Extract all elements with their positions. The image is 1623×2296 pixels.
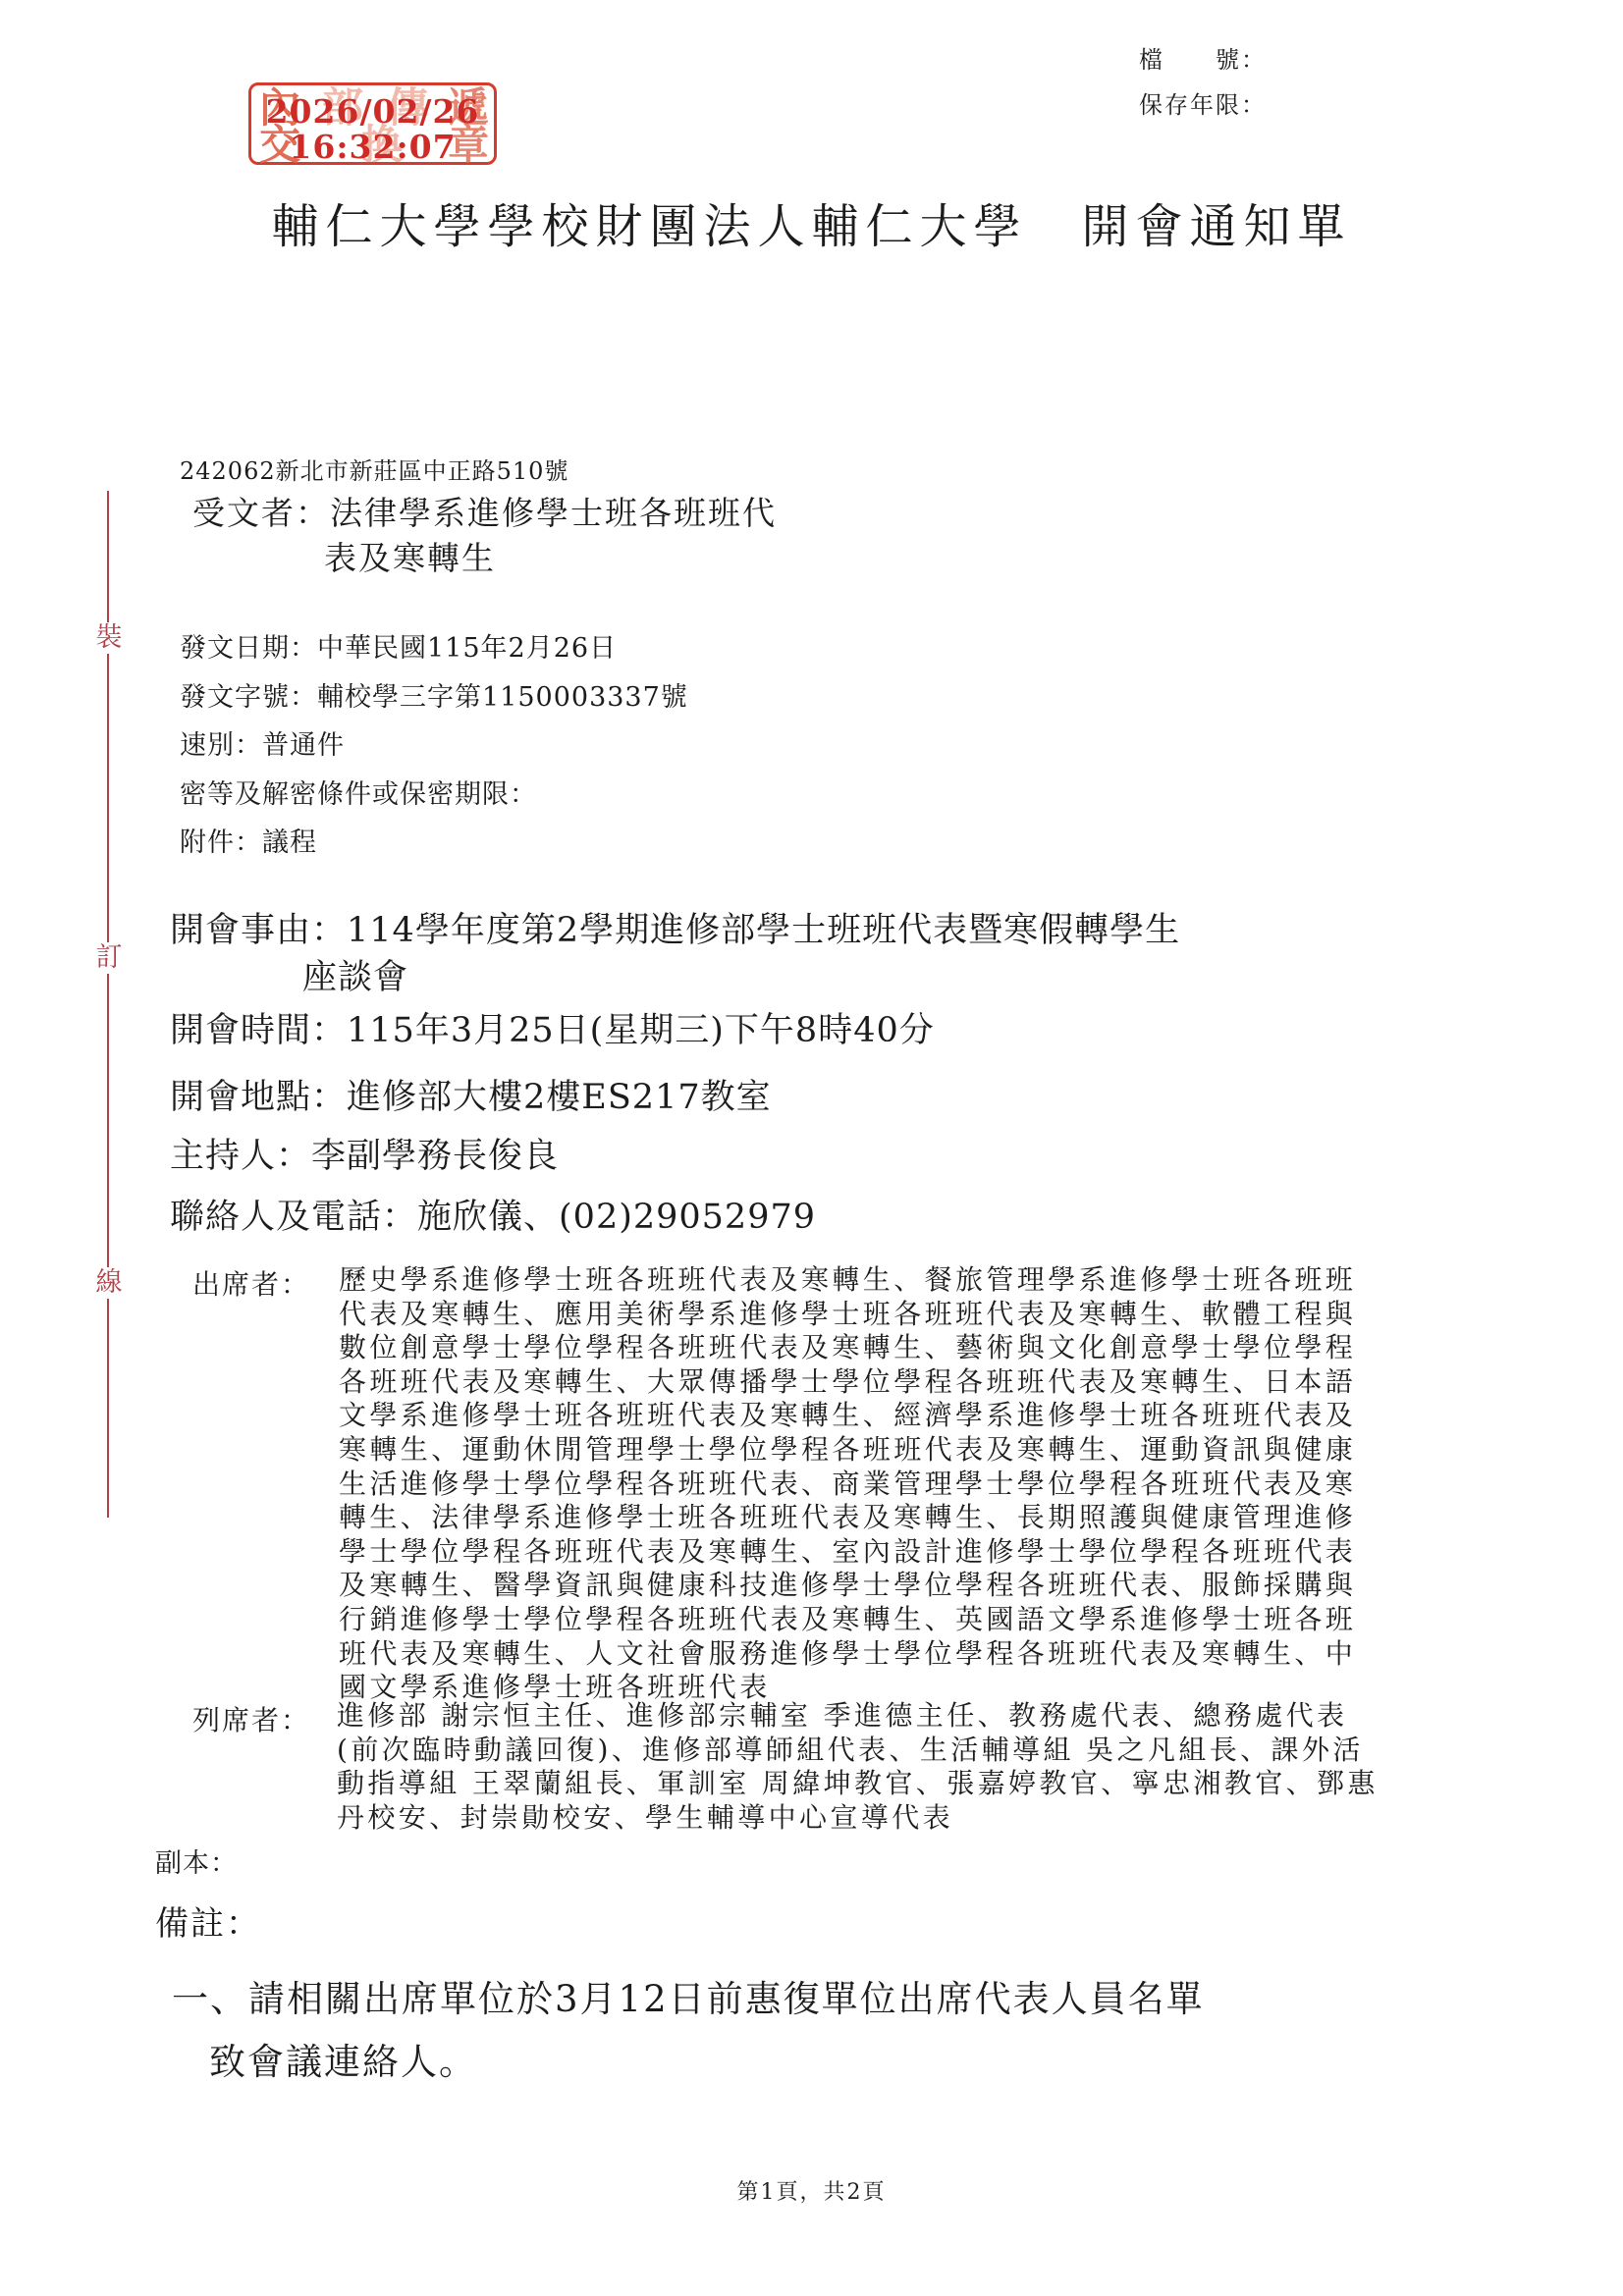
recipient-line-1: 受文者：法律學系進修學士班各班班代 xyxy=(192,488,777,534)
stamp-time: 16:32:07 xyxy=(251,131,494,163)
meeting-contact-label: 聯絡人及電話： xyxy=(170,1198,417,1237)
remark-item-1-line-1: 一、請相關出席單位於3月12日前惠復單位出席代表人員名單 xyxy=(172,1969,1205,2022)
recipient-line-2: 表及寒轉生 xyxy=(324,533,496,579)
attendees-line: 轉生、法律學系進修學士班各班班代表及寒轉生、長期照護與健康管理進修 xyxy=(339,1501,1356,1535)
attendees-line: 代表及寒轉生、應用美術學系進修學士班各班班代表及寒轉生、軟體工程與 xyxy=(339,1298,1356,1332)
meeting-time-value: 115年3月25日(星期三)下午8時40分 xyxy=(347,1011,935,1050)
attendees-line: 班代表及寒轉生、人文社會服務進修學士學位學程各班班代表及寒轉生、中 xyxy=(339,1637,1356,1672)
observers-line: 進修部 謝宗恒主任、進修部宗輔室 季進德主任、教務處代表、總務處代表 xyxy=(337,1699,1379,1734)
meeting-place-value: 進修部大樓2樓ES217教室 xyxy=(347,1078,772,1117)
attendees-line: 生活進修學士學位學程各班班代表、商業管理學士學位學程各班班代表及寒 xyxy=(339,1468,1356,1502)
file-number-label: 檔 號： xyxy=(1139,37,1267,82)
security-class-line: 密等及解密條件或保密期限： xyxy=(180,773,688,822)
remarks-label: 備註： xyxy=(155,1896,261,1945)
issue-number-line: 發文字號：輔校學三字第1150003337號 xyxy=(180,675,688,724)
attendees-line: 各班班代表及寒轉生、大眾傳播學士學位學程各班班代表及寒轉生、日本語 xyxy=(339,1365,1356,1400)
stamp-date: 2026/02/26 xyxy=(251,95,494,128)
observers-line: 動指導組 王翠蘭組長、軍訓室 周緯坤教官、張嘉婷教官、寧忠湘教官、鄧惠 xyxy=(337,1767,1379,1801)
meeting-subject-value: 114學年度第2學期進修部學士班班代表暨寒假轉學生 xyxy=(347,911,1180,950)
observers-label: 列席者： xyxy=(192,1699,310,1738)
meeting-chair-row: 主持人：李副學務長俊良 xyxy=(170,1129,559,1178)
received-stamp: 內 部 傳 遞 交 換 章 2026/02/26 16:32:07 xyxy=(248,82,497,165)
archive-labels: 檔 號： 保存年限： xyxy=(1139,37,1267,128)
meeting-contact-row: 聯絡人及電話：施欣儀、(02)29052979 xyxy=(170,1190,816,1239)
document-title: 輔仁大學學校財團法人輔仁大學 開會通知單 xyxy=(0,188,1623,256)
issue-date-line: 發文日期：中華民國115年2月26日 xyxy=(180,626,688,675)
attendees-line: 學士學位學程各班班代表及寒轉生、室內設計進修學士學位學程各班班代表 xyxy=(339,1535,1356,1570)
attendees-line: 行銷進修學士學位學程各班班代表及寒轉生、英國語文學系進修學士班各班 xyxy=(339,1603,1356,1637)
attendees-line: 數位創意學士學位學程各班班代表及寒轉生、藝術與文化創意學士學位學程 xyxy=(339,1331,1356,1365)
meeting-place-label: 開會地點： xyxy=(170,1078,347,1117)
binding-char-zhuang: 裝 xyxy=(94,622,124,654)
attendees-list: 歷史學系進修學士班各班班代表及寒轉生、餐旅管理學系進修學士班各班班 代表及寒轉生… xyxy=(339,1263,1356,1705)
speed-class-line: 速別：普通件 xyxy=(180,723,688,773)
attendees-line: 文學系進修學士班各班班代表及寒轉生、經濟學系進修學士班各班班代表及 xyxy=(339,1399,1356,1433)
meeting-subject-label: 開會事由： xyxy=(170,911,347,950)
attendees-label: 出席者： xyxy=(192,1263,310,1303)
meeting-subject-wrap: 座談會 xyxy=(302,950,408,999)
observers-list: 進修部 謝宗恒主任、進修部宗輔室 季進德主任、教務處代表、總務處代表 (前次臨時… xyxy=(337,1699,1379,1835)
binding-char-xian: 線 xyxy=(94,1267,124,1299)
retention-period-label: 保存年限： xyxy=(1139,82,1267,128)
observers-line: 丹校安、封崇勛校安、學生輔導中心宣導代表 xyxy=(337,1801,1379,1836)
attendees-line: 及寒轉生、醫學資訊與健康科技進修學士學位學程各班班代表、服飾採購與 xyxy=(339,1569,1356,1603)
meeting-subject-row: 開會事由：114學年度第2學期進修部學士班班代表暨寒假轉學生 xyxy=(170,903,1180,952)
meeting-time-row: 開會時間：115年3月25日(星期三)下午8時40分 xyxy=(170,1003,935,1052)
attachment-line: 附件：議程 xyxy=(180,821,688,870)
attendees-line: 歷史學系進修學士班各班班代表及寒轉生、餐旅管理學系進修學士班各班班 xyxy=(339,1263,1356,1298)
meeting-contact-value: 施欣儀、(02)29052979 xyxy=(417,1198,816,1237)
meeting-chair-label: 主持人： xyxy=(170,1137,311,1176)
meeting-time-label: 開會時間： xyxy=(170,1011,347,1050)
copy-label: 副本： xyxy=(155,1842,238,1880)
remark-item-1-line-2: 致會議連絡人。 xyxy=(209,2032,477,2085)
sender-meta-block: 發文日期：中華民國115年2月26日 發文字號：輔校學三字第1150003337… xyxy=(180,626,688,870)
meeting-chair-value: 李副學務長俊良 xyxy=(311,1137,559,1176)
page-number: 第1頁，共2頁 xyxy=(0,2175,1623,2206)
binding-char-ding: 訂 xyxy=(94,942,124,974)
attendees-line: 寒轉生、運動休閒管理學士學位學程各班班代表及寒轉生、運動資訊與健康 xyxy=(339,1433,1356,1468)
observers-line: (前次臨時動議回復)、進修部導師組代表、生活輔導組 吳之凡組長、課外活 xyxy=(337,1734,1379,1768)
document-page: 檔 號： 保存年限： 內 部 傳 遞 交 換 章 2026/02/26 16:3… xyxy=(0,0,1623,2296)
recipient-address: 242062新北市新莊區中正路510號 xyxy=(180,452,568,486)
meeting-place-row: 開會地點：進修部大樓2樓ES217教室 xyxy=(170,1070,772,1119)
